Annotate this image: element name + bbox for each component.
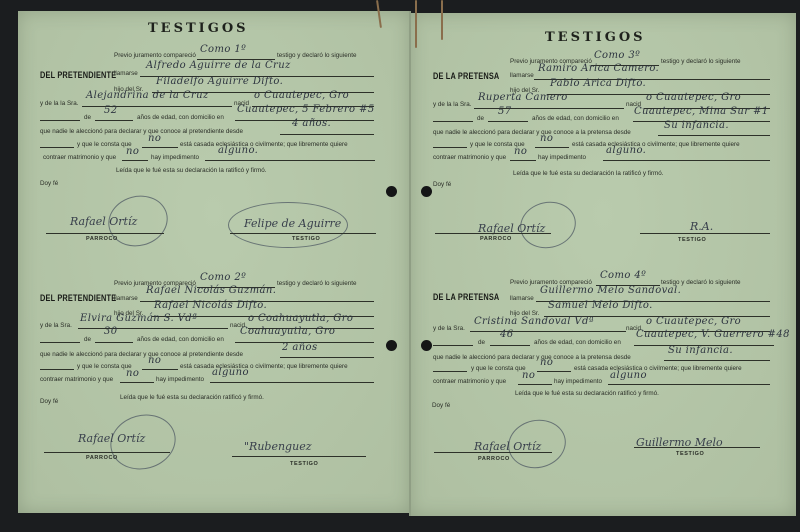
father-name: Samuel Melo Difto. [548,300,653,311]
witness-ordinal: Como 4º [600,270,646,281]
witness-name: Guillermo Melo Sandoval. [540,285,681,296]
party-label: DE LA PRETENSA [433,292,499,302]
impedimento-value: alguno [610,370,647,381]
address: Cuautepec, V. Guerrero #48 [636,329,790,340]
knows-since: Su infancia. [668,345,733,356]
birthplace: o Cuautepec, Gro [646,316,741,327]
age: 46 [500,329,514,340]
witness-section-4: Previo juramento compareció Como 4º test… [0,0,800,532]
mother-name: Cristina Sandoval Vdª [474,316,594,327]
